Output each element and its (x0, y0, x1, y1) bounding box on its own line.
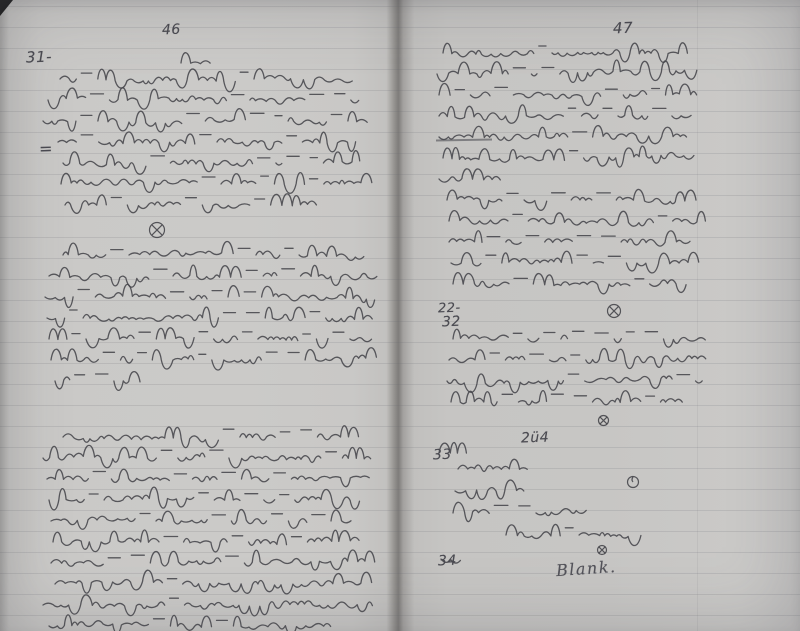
handwritten-line (448, 385, 688, 411)
handwritten-line (178, 46, 214, 72)
margin-number: = (39, 139, 54, 158)
margin-number: 31- (26, 48, 53, 67)
measurement-note: 2ü4 (521, 430, 550, 447)
circled-x-mark (596, 544, 608, 556)
circled-x-mark (606, 303, 622, 319)
margin-number: 32 (442, 314, 461, 331)
handwritten-line (450, 267, 696, 293)
handwritten-line (62, 188, 322, 214)
circle-glyph (626, 475, 640, 489)
page-number-left: 46 (162, 22, 181, 39)
handwritten-line (52, 364, 152, 390)
handwritten-line (46, 609, 340, 631)
margin-number: 34 (438, 553, 457, 570)
margin-number: 33 (433, 447, 452, 464)
page-number-right: 47 (613, 19, 634, 38)
circled-x-mark (597, 414, 610, 427)
blank-annotation: Blank. (555, 557, 617, 580)
handwritten-line (503, 518, 643, 544)
corner-fold-mark (0, 0, 13, 16)
scanned-notebook-spread: 46 47 31-= 22-3233342ü4Blank. (0, 0, 800, 631)
circled-x-mark (148, 221, 166, 239)
